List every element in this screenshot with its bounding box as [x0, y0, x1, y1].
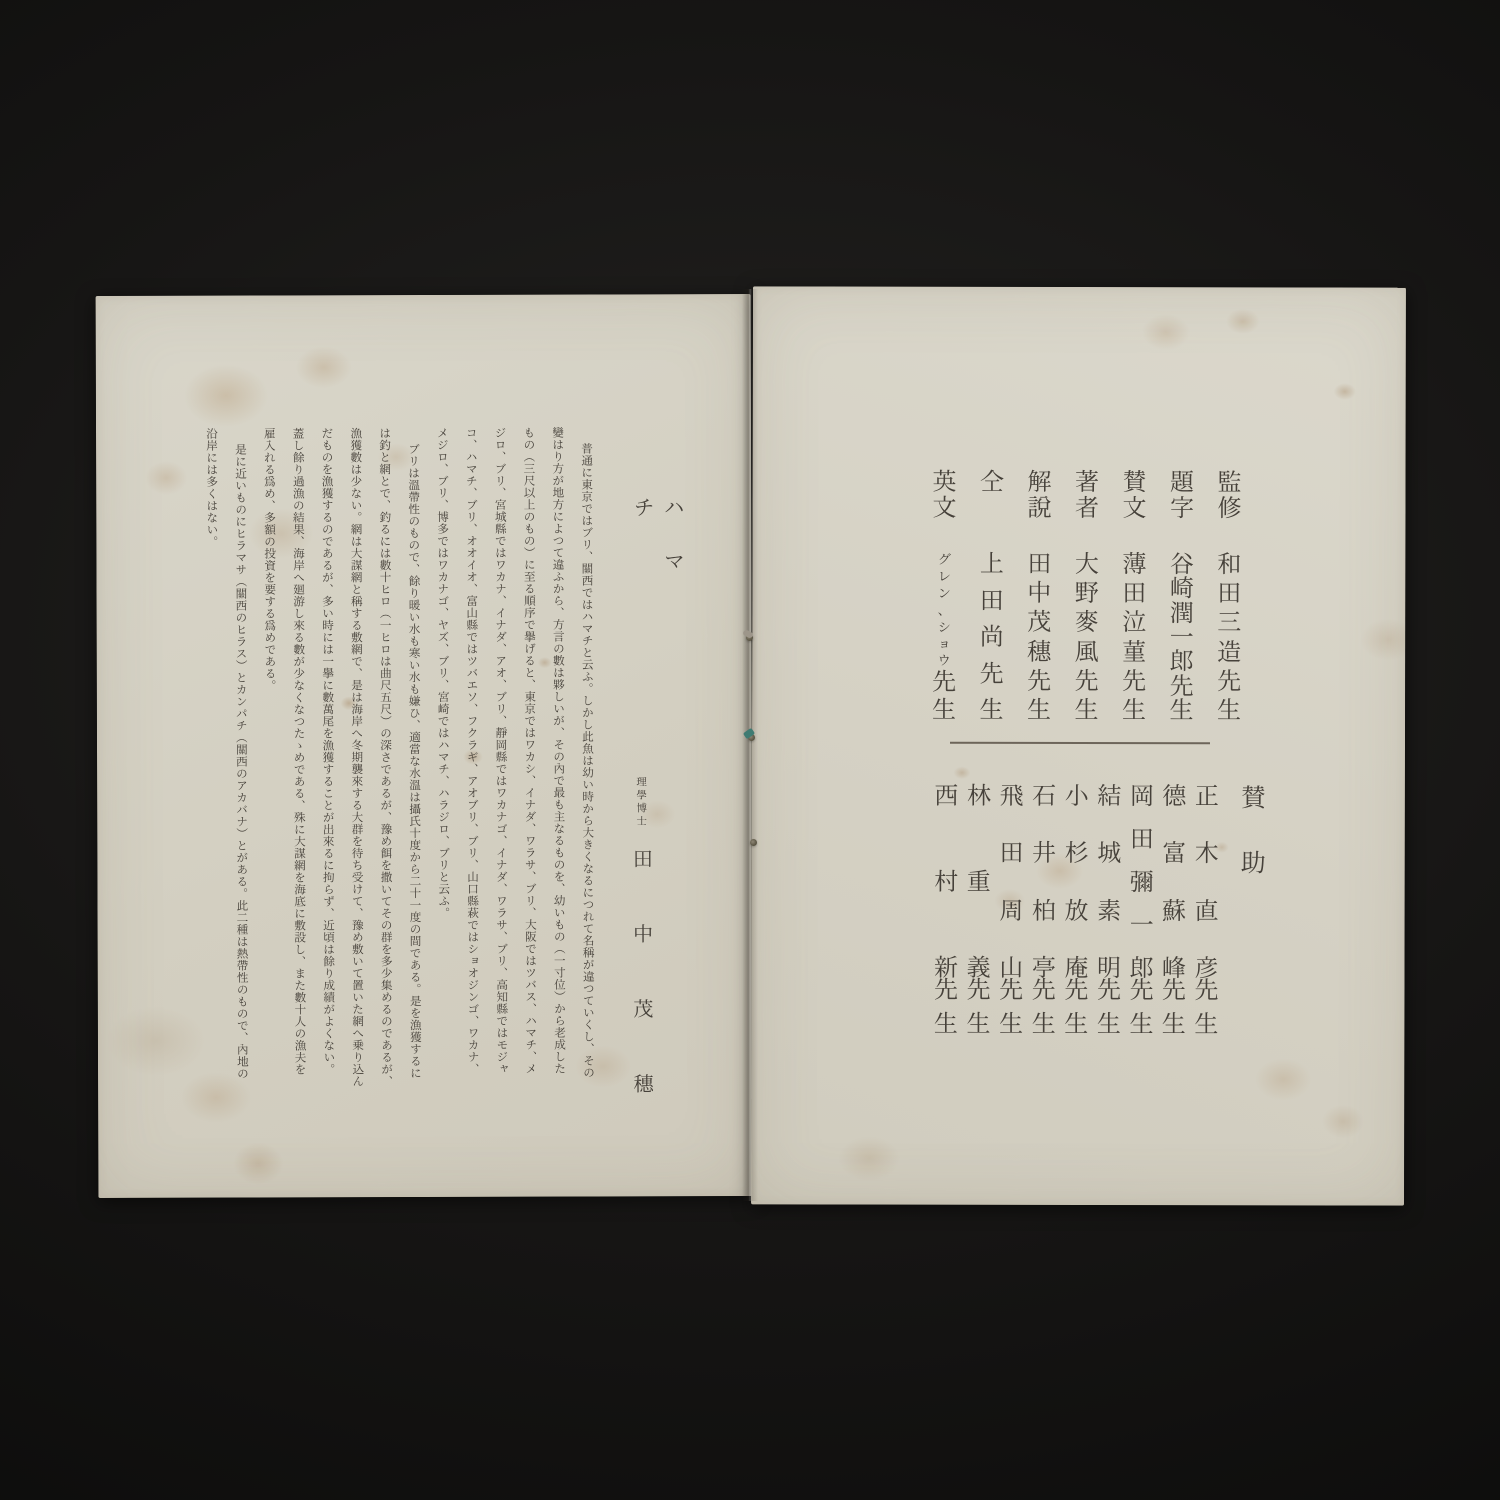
sponsor-name: 西村新 — [933, 785, 959, 981]
credit-name: 大野麥風先生 — [1074, 553, 1100, 723]
sponsor-name-char: 蘇 — [1162, 900, 1186, 924]
credit-name: 和田三造先生 — [1216, 553, 1242, 723]
sponsor-honorific: 先生 — [1096, 979, 1122, 1037]
sponsor-entry: 正木直彦先生 — [1193, 785, 1220, 1037]
body-column: もの（三尺以上のもの）に至る順序で擧げると、東京ではワカシ、イナダ、ワラサ、ブリ… — [513, 427, 544, 1109]
credit-name-char: 田 — [980, 589, 1004, 613]
sponsor-name-char: 西 — [934, 785, 958, 809]
body-column: 是に近いものにヒラマサ（關西のヒラス）とカンパチ（關西のアカバナ）とがある。此二… — [225, 428, 256, 1110]
sponsor-honorific-char: 生 — [1162, 1013, 1186, 1037]
credit-name-char: 、 — [938, 603, 951, 616]
sponsor-honorific-char: 生 — [934, 1013, 958, 1037]
credit-role-char: 修 — [1216, 496, 1242, 522]
credit-role: 解說 — [1026, 470, 1052, 522]
sponsor-name: 德富蘇峰 — [1161, 785, 1187, 981]
sponsor-honorific: 先生 — [1128, 979, 1154, 1037]
body-column: は釣と網とで、釣るには數十ヒロ（一ヒロは曲尺五尺）の深さであるが、豫め餌を撒いて… — [369, 427, 400, 1109]
sponsor-entry: 岡田彌一郎先生 — [1128, 785, 1155, 1037]
credit-entry: 題字谷崎潤一郎先生 — [1169, 470, 1196, 723]
credits-list: 監修和田三造先生題字谷崎潤一郎先生賛文薄田泣菫先生著者大野麥風先生解說田中茂穗先… — [931, 470, 1244, 724]
credit-name-char: 薄 — [1122, 553, 1146, 577]
credit-name-char: ン — [938, 586, 951, 599]
right-page: 監修和田三造先生題字谷崎潤一郎先生賛文薄田泣菫先生著者大野麥風先生解說田中茂穗先… — [751, 286, 1406, 1205]
sponsor-entry: 德富蘇峰先生 — [1161, 785, 1188, 1037]
sponsor-name-char: 田 — [1130, 828, 1154, 852]
sponsor-honorific-char: 生 — [1032, 1013, 1056, 1037]
sponsor-name-char: 周 — [999, 899, 1023, 923]
credit-role-char: 解 — [1027, 470, 1053, 496]
credit-name-char: 和 — [1217, 553, 1241, 577]
credit-name-char: 野 — [1075, 582, 1099, 606]
sponsor-honorific: 先生 — [1063, 979, 1089, 1037]
section-divider-line — [950, 742, 1210, 744]
credit-role-char: 文 — [1121, 496, 1147, 522]
credit-name: グレン、ショウ先生 — [931, 553, 957, 723]
sponsor-name: 岡田彌一郎 — [1129, 785, 1155, 981]
credit-entry: 監修和田三造先生 — [1216, 470, 1243, 723]
article-body: 普通に東京ではブリ、關西ではハマチと云ふ。しかし此魚は幼い時から大きくなるにつれ… — [196, 426, 602, 1109]
sponsors-heading-char: 賛 — [1240, 785, 1267, 812]
credit-role-char: 著 — [1074, 470, 1100, 496]
sponsor-name-char: 城 — [1097, 842, 1121, 866]
sponsor-name: 飛田周山 — [998, 785, 1024, 981]
sponsor-name: 石井柏亭 — [1031, 785, 1057, 981]
credit-role-char: 說 — [1026, 496, 1052, 522]
credit-role: 賛文 — [1121, 470, 1147, 522]
article-title: ハマチ — [628, 496, 689, 656]
sponsor-name-char: 素 — [1097, 900, 1121, 924]
sponsors-list: 賛助 正木直彦先生德富蘇峰先生岡田彌一郎先生結城素明先生小杉放庵先生石井柏亭先生… — [932, 785, 1273, 1038]
author-block: 理學博士 田中茂穗 — [626, 776, 656, 1176]
sponsor-name-char: 石 — [1032, 785, 1056, 809]
credit-honorific-char: 先 — [1122, 670, 1146, 694]
sponsor-honorific-char: 先 — [934, 979, 958, 1003]
sponsor-name-char: 岡 — [1130, 785, 1154, 809]
credit-honorific-char: 先 — [980, 662, 1004, 686]
credit-role-char: 監 — [1217, 470, 1243, 496]
credit-name-char: 尚 — [980, 626, 1004, 650]
sponsor-name: 正木直彦 — [1194, 785, 1220, 981]
credit-name: 上田尚先生 — [979, 553, 1005, 723]
credit-name-char: 風 — [1075, 641, 1099, 665]
sponsor-name-char: 木 — [1195, 843, 1219, 867]
sponsor-honorific-char: 生 — [1097, 1013, 1121, 1037]
credit-entry: 英文グレン、ショウ先生 — [931, 470, 958, 723]
sponsor-name-char: 村 — [934, 871, 958, 895]
sponsor-name-char: 小 — [1065, 785, 1089, 809]
credit-name-char: 郎 — [1170, 651, 1194, 675]
sponsor-entry: 林重義先生 — [965, 785, 992, 1037]
credit-role-char: 者 — [1074, 496, 1100, 522]
sponsor-name-char: 杉 — [1065, 842, 1089, 866]
body-column: メジロ、ブリ、博多ではワカナゴ、ヤズ、ブリ、宮崎ではハマチ、ハラジロ、ブリと云ふ… — [427, 427, 458, 1109]
credit-honorific-char: 生 — [932, 699, 956, 723]
sponsor-honorific-char: 先 — [1064, 979, 1088, 1003]
sponsor-name: 小杉放庵 — [1063, 785, 1089, 981]
sponsor-name-char: 一 — [1130, 914, 1154, 938]
sponsor-honorific-char: 先 — [967, 979, 991, 1003]
credit-honorific-char: 先 — [1075, 670, 1099, 694]
credit-name-char: ウ — [938, 654, 951, 667]
credit-role-char: 文 — [931, 496, 957, 522]
sponsor-entry: 飛田周山先生 — [998, 785, 1025, 1037]
body-column: 雇入れる爲め、多額の投資を要する爲めである。 — [254, 427, 285, 1109]
sponsor-honorific-char: 生 — [999, 1013, 1023, 1037]
sponsor-honorific: 先生 — [933, 979, 959, 1037]
sponsor-name: 結城素明 — [1096, 785, 1122, 981]
sponsor-honorific: 先生 — [965, 979, 991, 1037]
body-column: 蓋し餘り過漁の結果、海岸へ廻游し來る數が少なくなつたゝめである、殊に大謀網を海底… — [283, 427, 314, 1109]
credit-honorific-char: 生 — [980, 699, 1004, 723]
sponsor-name: 林重義 — [966, 785, 992, 981]
credit-role: 著者 — [1074, 470, 1100, 522]
body-column: コ、ハマチ、ブリ、オオイオ、富山縣ではツバエソ、フクラギ、アオブリ、ブリ、山口縣… — [456, 427, 487, 1109]
credit-role: 英文 — [931, 470, 957, 522]
sponsor-name-char: 田 — [999, 842, 1023, 866]
credit-honorific-char: 先 — [1170, 675, 1194, 699]
credit-name-char: 田 — [1122, 582, 1146, 606]
sponsor-name-char: 井 — [1032, 842, 1056, 866]
sponsor-name-char: 彌 — [1130, 871, 1154, 895]
credit-name-char: レ — [938, 570, 951, 583]
credit-role-char: 仝 — [979, 470, 1005, 496]
sponsor-honorific-char: 先 — [1032, 979, 1056, 1003]
credit-name-char: 茂 — [1027, 611, 1051, 635]
credit-role: 題字 — [1169, 470, 1195, 522]
sponsor-name-char: 結 — [1097, 785, 1121, 809]
sponsor-name-char: 正 — [1195, 785, 1219, 809]
credit-honorific-char: 先 — [1027, 670, 1051, 694]
sponsor-name-char: 重 — [967, 871, 991, 895]
sponsor-entry: 小杉放庵先生 — [1063, 785, 1090, 1037]
sponsors-heading: 賛助 — [1240, 785, 1267, 877]
sponsor-honorific-char: 生 — [1064, 1013, 1088, 1037]
credit-role: 仝 — [979, 470, 1005, 496]
credit-name-char: 潤 — [1170, 602, 1194, 626]
sponsor-name-char: 柏 — [1032, 900, 1056, 924]
credit-honorific-char: 生 — [1075, 699, 1099, 723]
body-column: 沿岸には多くはない。 — [196, 428, 227, 1110]
credit-honorific-char: 先 — [1217, 670, 1241, 694]
sponsor-name-char: 富 — [1162, 843, 1186, 867]
body-column: ブリは溫帶性のもので、餘り暖い水も寒い水も嫌ひ、適當な水溫は攝氏十度から二十一度… — [398, 427, 429, 1109]
sponsors-heading-char: 助 — [1240, 850, 1267, 877]
photo-background: ハマチ 理學博士 田中茂穗 普通に東京ではブリ、關西ではハマチと云ふ。しかし此魚… — [0, 0, 1500, 1500]
credit-name-char: 田 — [1217, 582, 1241, 606]
body-column: ジロ、ブリ、宮城縣ではワカナ、イナダ、アオ、ブリ、靜岡縣ではワカナゴ、イナダ、ワ… — [485, 427, 516, 1109]
credit-honorific-char: 生 — [1217, 699, 1241, 723]
body-column: 變はり方が地方によつて違ふから、方言の數は夥しいが、その內で最も主なるものを、幼… — [542, 427, 573, 1109]
credit-name: 田中茂穗先生 — [1026, 553, 1052, 723]
credit-honorific-char: 先 — [932, 671, 956, 695]
sponsor-entry: 石井柏亭先生 — [1031, 785, 1058, 1037]
credit-name: 谷崎潤一郎先生 — [1169, 553, 1195, 723]
sponsor-entry: 西村新先生 — [933, 785, 960, 1037]
credit-name-char: シ — [938, 620, 951, 633]
sponsor-honorific-char: 先 — [999, 979, 1023, 1003]
credit-name-char: 上 — [980, 553, 1004, 577]
sponsor-name-char: 放 — [1065, 900, 1089, 924]
sponsor-honorific: 先生 — [998, 979, 1024, 1037]
sponsor-name-char: 林 — [967, 785, 991, 809]
credit-name-char: 泣 — [1122, 611, 1146, 635]
author-degree: 理學博士 — [635, 776, 646, 828]
credit-name-char: 麥 — [1075, 611, 1099, 635]
credit-entry: 仝上田尚先生 — [979, 470, 1006, 723]
author-name: 田中茂穗 — [629, 848, 652, 1148]
credit-role-char: 賛 — [1122, 470, 1148, 496]
credit-name-char: ョ — [938, 637, 951, 650]
credit-name-char: 穗 — [1027, 640, 1051, 664]
credit-name-char: 田 — [1027, 553, 1051, 577]
body-column: だものを漁獲するのであるが、多い時には一擧に數萬尾を漁獲することが出來るに拘らず… — [312, 427, 343, 1109]
credit-honorific-char: 生 — [1027, 699, 1051, 723]
credit-role-char: 英 — [932, 470, 958, 496]
credit-name-char: 中 — [1027, 582, 1051, 606]
sponsor-honorific: 先生 — [1031, 979, 1057, 1037]
credit-role: 監修 — [1216, 470, 1242, 522]
sponsor-honorific-char: 先 — [1130, 979, 1154, 1003]
body-column: 普通に東京ではブリ、關西ではハマチと云ふ。しかし此魚は幼い時から大きくなるにつれ… — [571, 426, 602, 1108]
sponsor-honorific: 先生 — [1193, 979, 1219, 1037]
sponsor-honorific-char: 生 — [1129, 1013, 1153, 1037]
credit-honorific-char: 生 — [1170, 699, 1194, 723]
credit-name-char: 崎 — [1170, 578, 1194, 602]
sponsor-name-char: 德 — [1162, 785, 1186, 809]
sponsor-honorific-char: 先 — [1097, 979, 1121, 1003]
credit-name-char: 大 — [1075, 553, 1099, 577]
credit-name-char: グ — [938, 553, 951, 566]
credit-name-char: 三 — [1217, 612, 1241, 636]
credit-name-char: 菫 — [1122, 641, 1146, 665]
sponsor-honorific-char: 生 — [966, 1013, 990, 1037]
sponsor-name-char: 飛 — [1000, 785, 1024, 809]
credit-role-char: 題 — [1169, 470, 1195, 496]
sponsor-honorific-char: 先 — [1194, 979, 1218, 1003]
credit-name-char: 一 — [1170, 626, 1194, 650]
left-page: ハマチ 理學博士 田中茂穗 普通に東京ではブリ、關西ではハマチと云ふ。しかし此魚… — [96, 294, 754, 1198]
credit-entry: 解說田中茂穗先生 — [1026, 470, 1053, 723]
stitch-hole-bottom — [750, 839, 757, 846]
credit-role-char: 字 — [1169, 496, 1195, 522]
sponsor-honorific-char: 生 — [1194, 1013, 1218, 1037]
credit-name: 薄田泣菫先生 — [1121, 553, 1147, 723]
sponsor-entry: 結城素明先生 — [1096, 785, 1123, 1037]
sponsor-honorific-char: 先 — [1162, 979, 1186, 1003]
credit-name-char: 造 — [1217, 641, 1241, 665]
sponsor-name-char: 直 — [1195, 900, 1219, 924]
credit-entry: 著者大野麥風先生 — [1074, 470, 1101, 723]
credit-honorific-char: 生 — [1122, 699, 1146, 723]
credit-name-char: 谷 — [1170, 553, 1194, 577]
sponsor-honorific: 先生 — [1161, 979, 1187, 1037]
binding-crease — [742, 289, 758, 1201]
body-column: 漁獲數は少ない。網は大謀網と稱する敷網で、是は海岸へ冬期襲來する大群を待ち受けて… — [340, 427, 371, 1109]
credit-entry: 賛文薄田泣菫先生 — [1121, 470, 1148, 723]
